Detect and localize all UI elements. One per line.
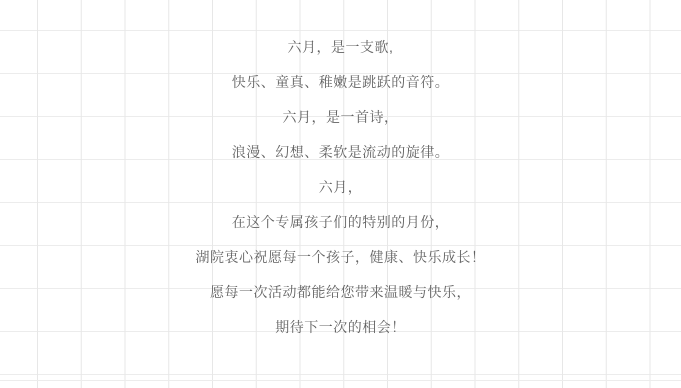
poem-line: 在这个专属孩子们的特别的月份， bbox=[0, 205, 681, 240]
poem-line: 六月， bbox=[0, 170, 681, 205]
document-page: 六月，是一支歌, 快乐、童真、稚嫩是跳跃的音符。 六月，是一首诗， 浪漫、幻想、… bbox=[0, 0, 681, 388]
poem-line: 愿每一次活动都能给您带来温暖与快乐， bbox=[0, 275, 681, 310]
poem-line: 浪漫、幻想、柔软是流动的旋律。 bbox=[0, 135, 681, 170]
poem-line: 快乐、童真、稚嫩是跳跃的音符。 bbox=[0, 65, 681, 100]
poem-text-block: 六月，是一支歌, 快乐、童真、稚嫩是跳跃的音符。 六月，是一首诗， 浪漫、幻想、… bbox=[0, 30, 681, 345]
poem-line: 期待下一次的相会！ bbox=[0, 310, 681, 345]
poem-line: 六月，是一首诗， bbox=[0, 100, 681, 135]
poem-line: 湖院衷心祝愿每一个孩子，健康、快乐成长！ bbox=[0, 240, 681, 275]
poem-line: 六月，是一支歌, bbox=[0, 30, 681, 65]
grid-extra-row-line bbox=[0, 380, 681, 381]
